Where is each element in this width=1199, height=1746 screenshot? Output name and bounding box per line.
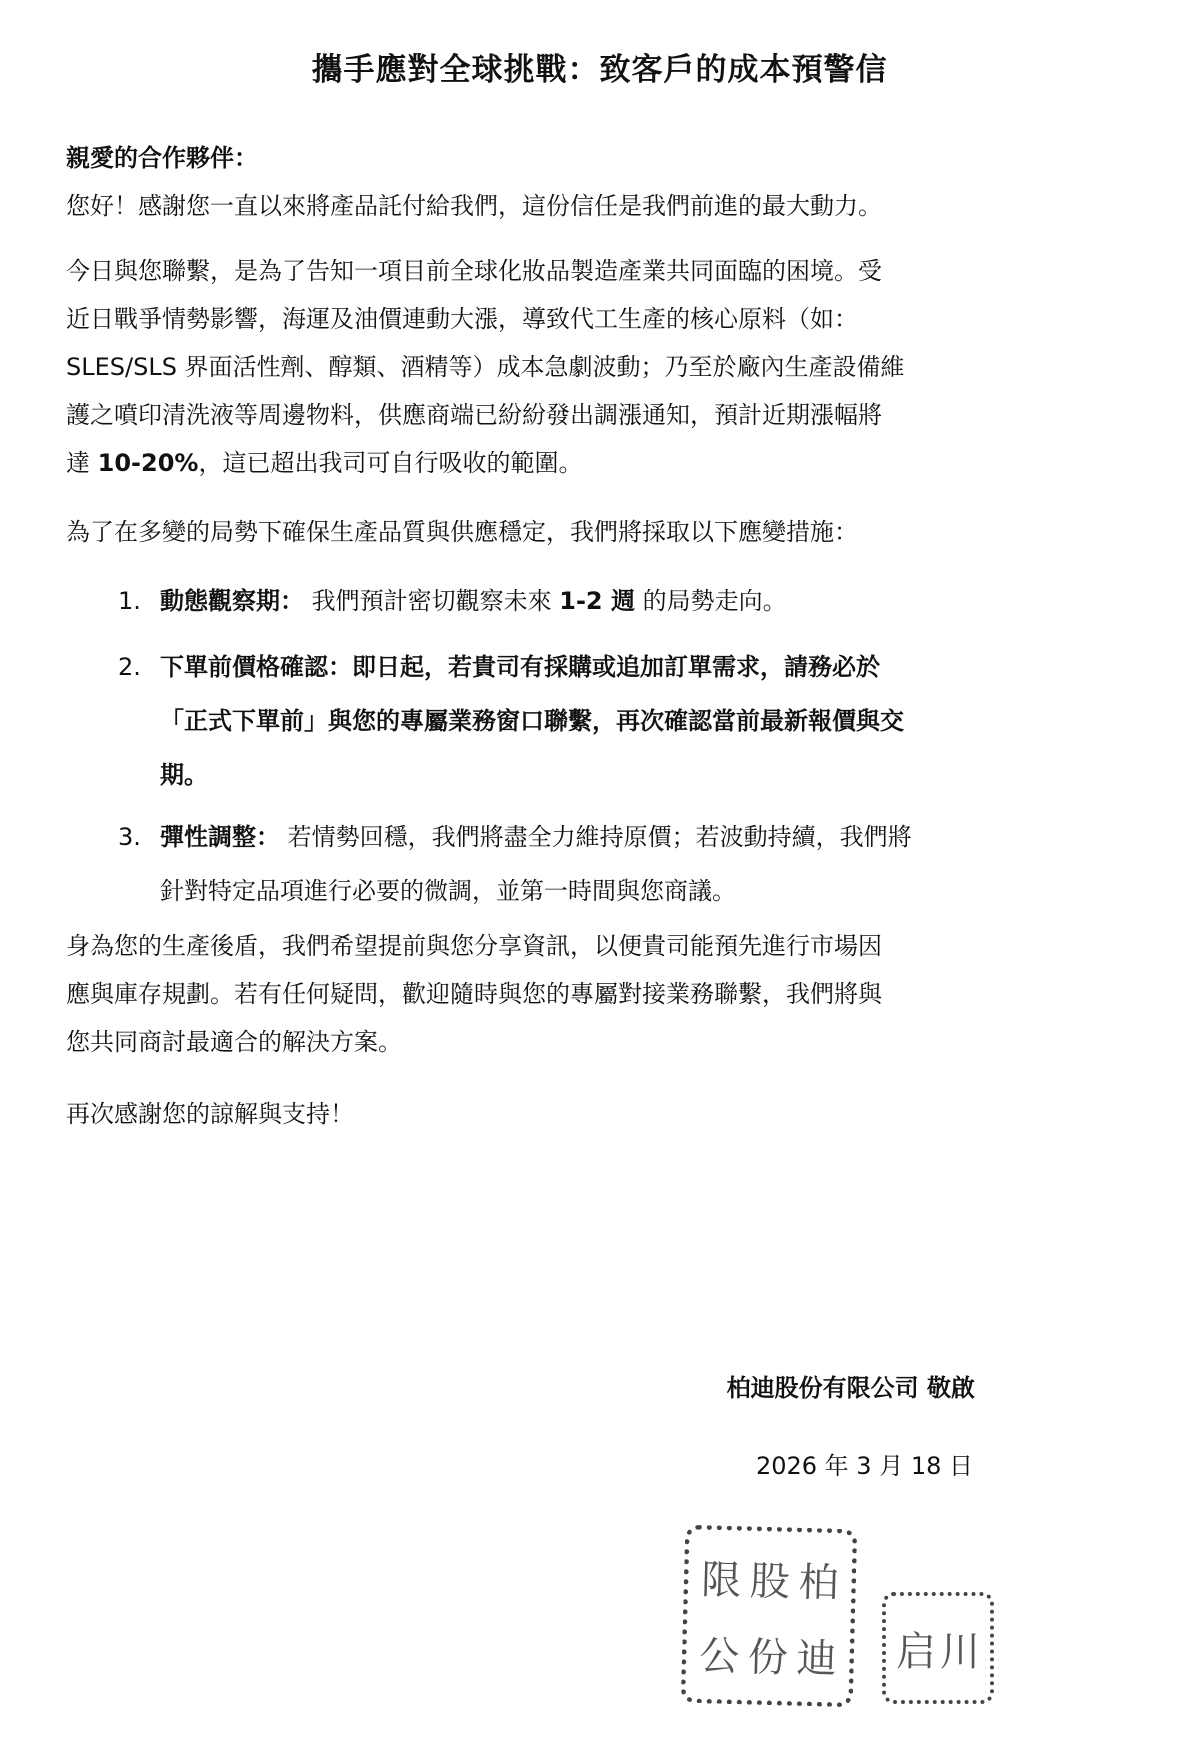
- seal-char: 启: [896, 1620, 936, 1677]
- paragraph-measures-intro: 為了在多變的局勢下確保生產品質與供應穩定，我們將採取以下應變措施：: [66, 508, 858, 556]
- seal-char: 股: [745, 1539, 796, 1616]
- paragraph-line: 身為您的生產後盾，我們希望提前與您分享資訊，以便貴司能預先進行市場因: [66, 922, 882, 970]
- text: 我們預計密切觀察未來: [304, 587, 559, 615]
- paragraph-line: 應與庫存規劃。若有任何疑問，歡迎隨時與您的專屬對接業務聯繫，我們將與: [66, 970, 882, 1018]
- closing-text: 再次感謝您的諒解與支持！: [66, 1090, 354, 1138]
- list-number: 2.: [118, 640, 152, 694]
- salutation: 親愛的合作夥伴：: [66, 138, 258, 173]
- measure-line: 針對特定品項進行必要的微調，並第一時間與您商議。: [160, 864, 912, 918]
- list-number: 1.: [118, 574, 152, 628]
- list-body: 動態觀察期： 我們預計密切觀察未來 1-2 週 的局勢走向。: [160, 574, 787, 628]
- seal-char: 公: [694, 1614, 745, 1691]
- document-title: 攜手應對全球挑戰：致客戶的成本預警信: [0, 44, 1199, 89]
- measure-line: 期。: [160, 748, 904, 802]
- seal-char: 川: [940, 1620, 980, 1677]
- list-number: 3.: [118, 810, 152, 864]
- measure-heading: 彈性調整：: [160, 823, 280, 851]
- measure-heading: 動態觀察期：: [160, 587, 304, 615]
- paragraph-line: 今日與您聯繫，是為了告知一項目前全球化妝品製造產業共同面臨的困境。受: [66, 247, 905, 295]
- paragraph-line: 近日戰爭情勢影響，海運及油價連動大漲，導致代工生產的核心原料（如：: [66, 295, 905, 343]
- increase-percentage: 10-20%: [98, 449, 199, 477]
- list-body: 彈性調整： 若情勢回穩，我們將盡全力維持原價；若波動持續，我們將 針對特定品項進…: [160, 810, 912, 918]
- paragraph-situation: 今日與您聯繫，是為了告知一項目前全球化妝品製造產業共同面臨的困境。受 近日戰爭情…: [66, 247, 905, 487]
- paragraph-line: 為了在多變的局勢下確保生產品質與供應穩定，我們將採取以下應變措施：: [66, 508, 858, 556]
- paragraph-greeting: 您好！感謝您一直以來將產品託付給我們，這份信任是我們前進的最大動力。: [66, 182, 882, 230]
- paragraph-line: SLES/SLS 界面活性劑、醇類、酒精等）成本急劇波動；乃至於廠內生產設備維: [66, 343, 905, 391]
- paragraph-line: 護之噴印清洗液等周邊物料，供應商端已紛紛發出調漲通知，預計近期漲幅將: [66, 391, 905, 439]
- text: ，這已超出我司可自行吸收的範圍。: [198, 449, 582, 477]
- closing-line: 再次感謝您的諒解與支持！: [66, 1090, 354, 1138]
- paragraph-line-last: 達 10-20%，這已超出我司可自行吸收的範圍。: [66, 439, 905, 487]
- list-body: 下單前價格確認：即日起，若貴司有採購或追加訂單需求，請務必於 「正式下單前」與您…: [160, 640, 904, 802]
- letter-page: 攜手應對全球挑戰：致客戶的成本預警信 親愛的合作夥伴： 您好！感謝您一直以來將產…: [0, 0, 1199, 1746]
- paragraph-support: 身為您的生產後盾，我們希望提前與您分享資訊，以便貴司能預先進行市場因 應與庫存規…: [66, 922, 882, 1066]
- seal-char: 份: [743, 1615, 794, 1692]
- paragraph-line: 您共同商討最適合的解決方案。: [66, 1018, 882, 1066]
- observation-period: 1-2 週: [559, 587, 635, 615]
- paragraph-line: 您好！感謝您一直以來將產品託付給我們，這份信任是我們前進的最大動力。: [66, 182, 882, 230]
- text: 的局勢走向。: [635, 587, 787, 615]
- signature: 柏迪股份有限公司 敬啟: [727, 1368, 975, 1403]
- personal-seal-stamp: 启 川: [882, 1592, 994, 1704]
- measure-line: 下單前價格確認：即日起，若貴司有採購或追加訂單需求，請務必於: [160, 640, 904, 694]
- text: 若情勢回穩，我們將盡全力維持原價；若波動持續，我們將: [280, 823, 912, 851]
- seal-char: 柏: [793, 1541, 844, 1618]
- seal-char: 迪: [791, 1617, 842, 1694]
- measure-line: 彈性調整： 若情勢回穩，我們將盡全力維持原價；若波動持續，我們將: [160, 810, 912, 864]
- measure-line: 「正式下單前」與您的專屬業務窗口聯繫，再次確認當前最新報價與交: [160, 694, 904, 748]
- company-seal-stamp: 限 股 柏 公 份 迪: [681, 1525, 858, 1707]
- seal-char: 限: [696, 1538, 747, 1615]
- text: 達: [66, 449, 98, 477]
- letter-date: 2026 年 3 月 18 日: [756, 1446, 973, 1481]
